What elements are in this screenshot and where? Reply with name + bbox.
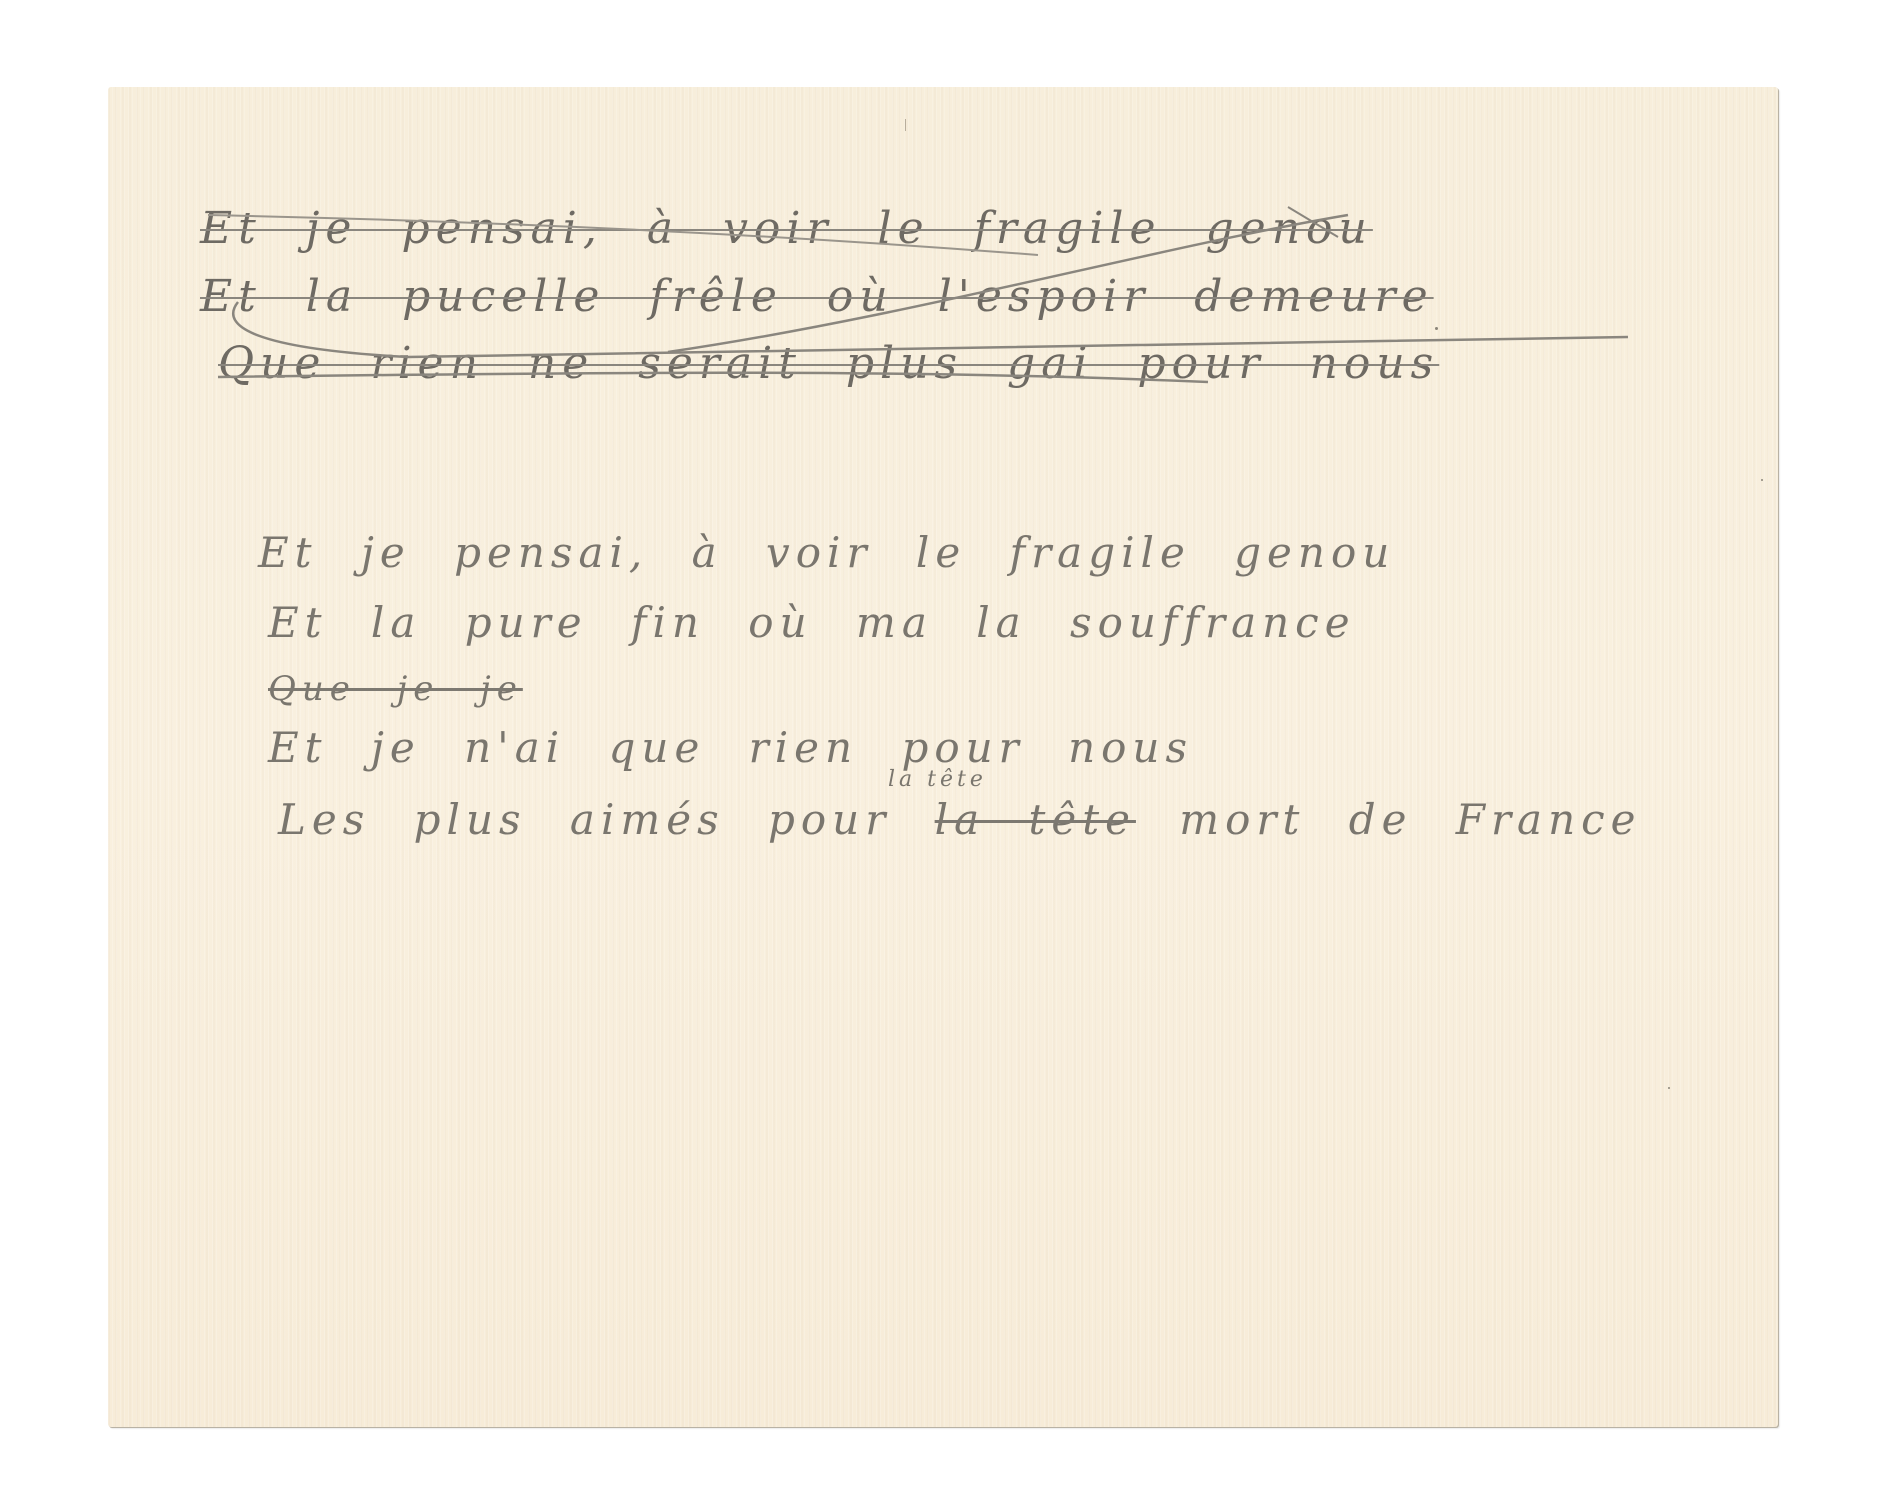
revised-line-4: Et je n'ai que rien pour nous: [268, 727, 1193, 769]
revised-line-5-prefix: Les plus aimés pour: [278, 795, 891, 844]
revised-line-5: Les plus aimés pour la tête mort de Fran…: [278, 799, 1642, 841]
manuscript-sheet: Et je pensai, à voir le fragile genou Et…: [108, 87, 1778, 1427]
paper-speck: [1668, 1087, 1670, 1089]
draft-line-2: Et la pucelle frêle où l'espoir demeure: [200, 275, 1434, 319]
draft-line-3: Que rien ne serait plus gai pour nous: [218, 342, 1439, 386]
draft-line-1: Et je pensai, à voir le fragile genou: [200, 207, 1373, 251]
paper-mark: [905, 119, 906, 131]
interlinear-insertion: la tête: [888, 767, 987, 792]
paper-speck: [1435, 327, 1438, 330]
revised-line-2: Et la pure fin où ma la souffrance: [268, 602, 1356, 644]
revised-line-1: Et je pensai, à voir le fragile genou: [258, 532, 1395, 574]
revised-line-5-suffix: mort de France: [1179, 795, 1641, 844]
paper-speck: [1761, 479, 1763, 481]
revised-line-5-struck: la tête: [935, 795, 1136, 844]
revised-line-3-struck: Que je je: [268, 672, 523, 706]
